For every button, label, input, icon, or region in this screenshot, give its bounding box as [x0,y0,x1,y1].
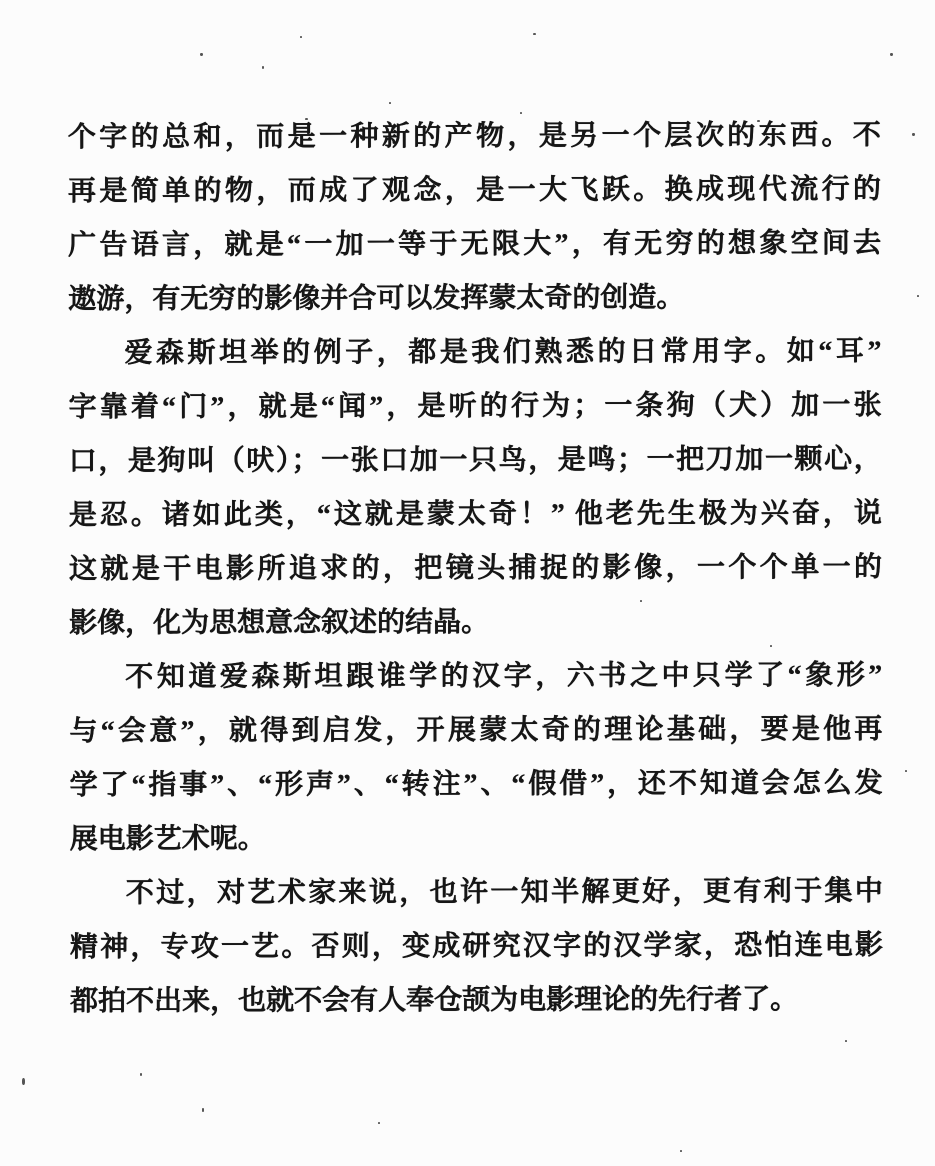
scan-speck [917,295,919,297]
scan-speck [300,36,302,38]
scan-speck [389,102,391,104]
scan-speck [905,770,907,772]
scan-speck [845,1040,847,1042]
text-line: 再是简单的物，而成了观念，是一大飞跃。换成现代流行的 [68,163,881,219]
text-line: 不过，对艺术家来说，也许一知半解更好，更有利于集中 [70,865,883,921]
scan-speck [520,112,522,114]
scan-speck [22,1078,25,1085]
text-line: 广告语言，就是“一加一等于无限大”，有无穷的想象空间去 [68,217,881,273]
scan-speck [533,33,536,35]
text-line: 是忍。诸如此类，“这就是蒙太奇！” 他老先生极为兴奋，说 [69,487,882,543]
scan-speck [770,645,772,647]
text-line: 与“会意”，就得到启发，开展蒙太奇的理论基础，要是他再 [69,703,882,759]
scan-speck [202,1108,204,1112]
text-line: 不知道爱森斯坦跟谁学的汉字，六书之中只学了“象形” [69,649,882,705]
text-line: 展电影艺术呢。 [70,811,883,867]
text-line: 个字的总和，而是一种新的产物，是另一个层次的东西。不 [68,109,881,165]
scanned-book-page: 个字的总和，而是一种新的产物，是另一个层次的东西。不再是简单的物，而成了观念，是… [0,0,935,1166]
scan-speck [378,1122,380,1124]
scan-speck [640,600,642,602]
scan-speck [262,66,264,69]
scan-speck [620,342,622,344]
text-line: 这就是干电影所追求的，把镜头捕捉的影像，一个个单一的 [69,541,882,597]
paragraph: 不过，对艺术家来说，也许一知半解更好，更有利于集中精神，专攻一艺。否则，变成研究… [70,865,883,1029]
text-line: 学了“指事”、“形声”、“转注”、“假借”，还不知道会怎么发 [69,757,882,813]
paragraph: 不知道爱森斯坦跟谁学的汉字，六书之中只学了“象形”与“会意”，就得到启发，开展蒙… [69,649,883,867]
paragraph: 个字的总和，而是一种新的产物，是另一个层次的东西。不再是简单的物，而成了观念，是… [68,109,882,327]
text-line: 爱森斯坦举的例子，都是我们熟悉的日常用字。如“耳” [68,325,881,381]
scan-speck [200,53,203,56]
scan-speck [757,120,760,122]
text-block: 个字的总和，而是一种新的产物，是另一个层次的东西。不再是简单的物，而成了观念，是… [68,109,883,1029]
text-line: 字靠着“门”，就是“闻”，是听的行为；一条狗（犬）加一张 [69,379,882,435]
scan-speck [305,118,308,120]
text-line: 精神，专攻一艺。否则，变成研究汉字的汉学家，恐怕连电影 [70,919,883,975]
text-line: 影像，化为思想意念叙述的结晶。 [69,595,882,651]
text-line: 都拍不出来，也就不会有人奉仓颉为电影理论的先行者了。 [70,973,883,1029]
paragraph: 爱森斯坦举的例子，都是我们熟悉的日常用字。如“耳”字靠着“门”，就是“闻”，是听… [68,325,882,651]
scan-speck [912,133,915,136]
text-line: 遨游，有无穷的影像并合可以发挥蒙太奇的创造。 [68,271,881,327]
text-line: 口，是狗叫（吠）；一张口加一只鸟，是鸣；一把刀加一颗心， [69,433,882,489]
scan-speck [890,53,893,56]
scan-speck [140,1073,142,1076]
scan-speck [680,1150,682,1152]
